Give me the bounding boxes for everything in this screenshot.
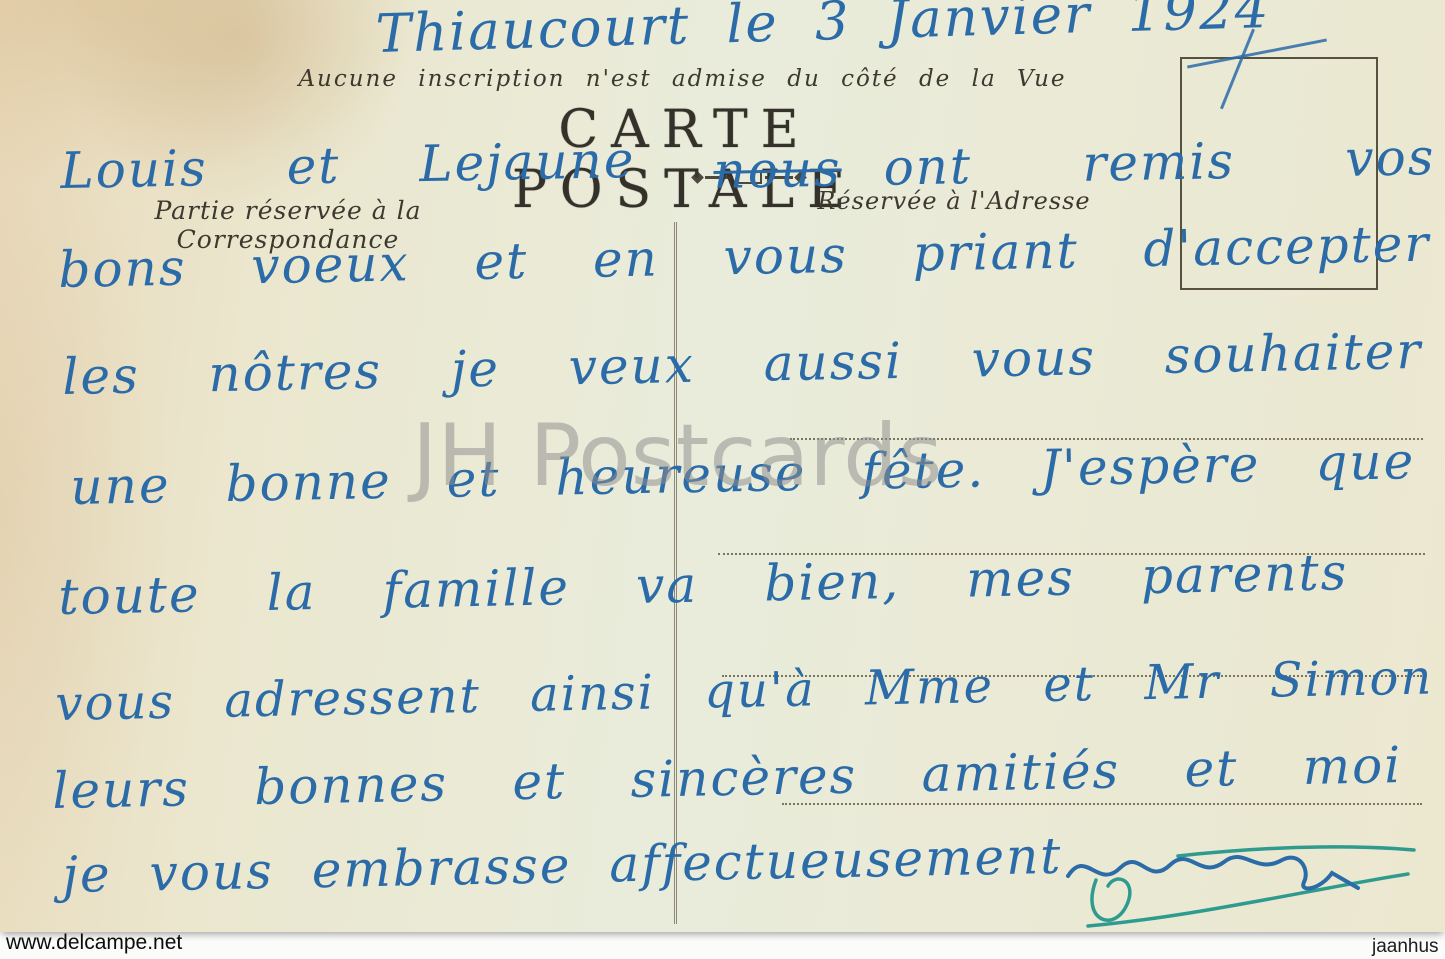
handwritten-line: jevousembrasseaffectueusement <box>62 831 1063 900</box>
struck-word: nous <box>713 144 842 196</box>
postcard-paper: Aucune inscription n'est admise du côté … <box>0 0 1445 932</box>
watermark-bottom-left: www.delcampe.net <box>6 931 182 955</box>
handwritten-dateline: Thiaucourtle3Janvier1924 <box>375 0 1271 61</box>
handwritten-line-continued: ontremisvos <box>883 132 1436 193</box>
handwritten-line: unebonneetheureusefête.J'espèreque <box>70 436 1416 512</box>
handwritten-line: lesnôtresjeveuxaussivoussouhaiter <box>62 326 1423 402</box>
handwritten-line: LouisetLejaune <box>60 135 636 196</box>
no-inscription-notice: Aucune inscription n'est admise du côté … <box>295 66 1070 92</box>
address-line <box>782 803 1422 805</box>
signature-flourish <box>1058 818 1443 938</box>
watermark-bottom-right: jaanhus <box>1372 936 1439 958</box>
diamond-icon <box>691 171 704 184</box>
handwritten-line: vousadressentainsiqu'àMmeetMrSimon <box>55 654 1434 728</box>
postcard-scan: Aucune inscription n'est admise du côté … <box>0 0 1445 959</box>
handwritten-line: toutelafamillevabien,mesparents <box>58 547 1349 622</box>
